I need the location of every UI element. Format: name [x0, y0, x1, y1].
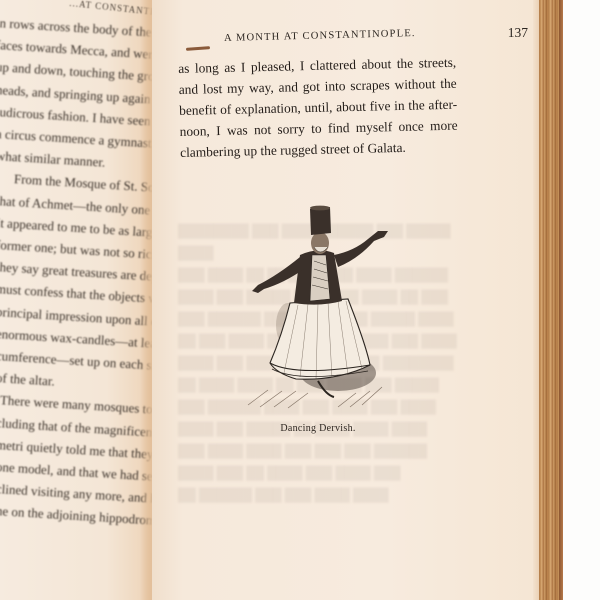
- page-number: 137: [508, 25, 528, 41]
- left-page-text: in rows across the body of the mosque, f…: [0, 12, 152, 523]
- open-book: ...at Constantinople. in rows across the…: [0, 0, 600, 600]
- dancing-dervish-illustration: Dancing Dervish.: [238, 195, 398, 420]
- page-edges: [539, 0, 563, 600]
- running-head: A Month at Constantinople. 137: [224, 25, 528, 45]
- background: [563, 0, 600, 600]
- illustration-caption: Dancing Dervish.: [238, 423, 398, 434]
- left-page: ...at Constantinople. in rows across the…: [0, 0, 152, 600]
- dervish-engraving-icon: [238, 195, 398, 410]
- body-paragraph: as long as I pleased, I clattered about …: [178, 52, 458, 163]
- running-title: A Month at Constantinople.: [224, 28, 416, 44]
- ink-mark: [186, 46, 210, 51]
- right-page: A Month at Constantinople. 137 as long a…: [152, 0, 539, 600]
